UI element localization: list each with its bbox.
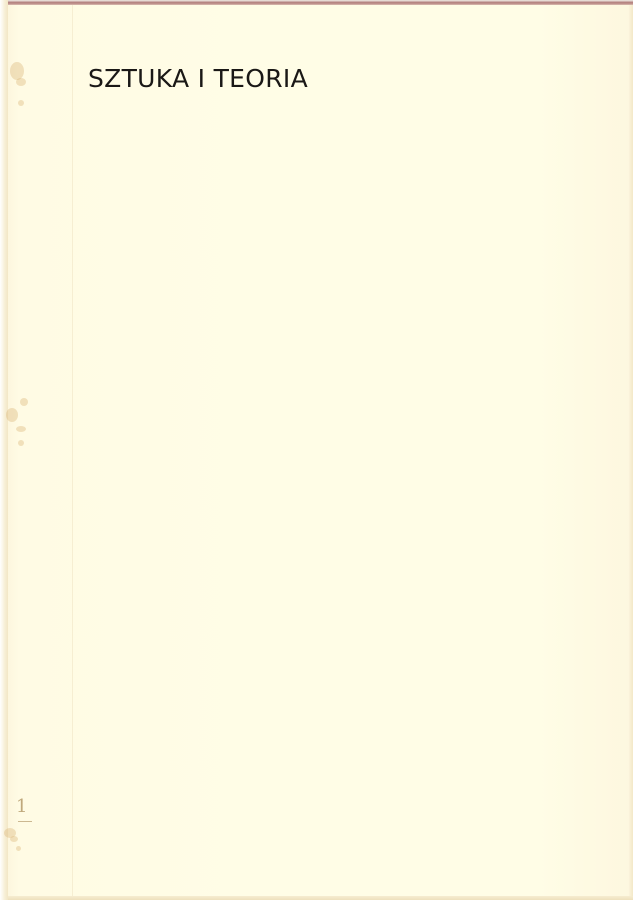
- foxing-stain: [18, 100, 24, 106]
- pencil-underline: [18, 821, 32, 822]
- foxing-stain: [20, 398, 28, 406]
- pencil-numeral: 1: [16, 798, 27, 816]
- foxing-stain: [16, 846, 21, 851]
- cover-bottom-edge: [8, 896, 633, 900]
- cover-title: SZTUKA I TEORIA: [88, 66, 308, 91]
- book-cover: SZTUKA I TEORIA 1: [0, 0, 633, 900]
- spine-fold-line: [72, 5, 73, 896]
- foxing-stain: [10, 836, 18, 842]
- foxing-stain: [16, 426, 26, 432]
- cover-top-edge: [8, 0, 633, 5]
- cover-right-edge: [629, 5, 633, 896]
- foxing-stain: [16, 78, 26, 86]
- foxing-stain: [6, 408, 18, 422]
- cover-left-edge: [0, 0, 8, 900]
- foxing-stain: [18, 440, 24, 446]
